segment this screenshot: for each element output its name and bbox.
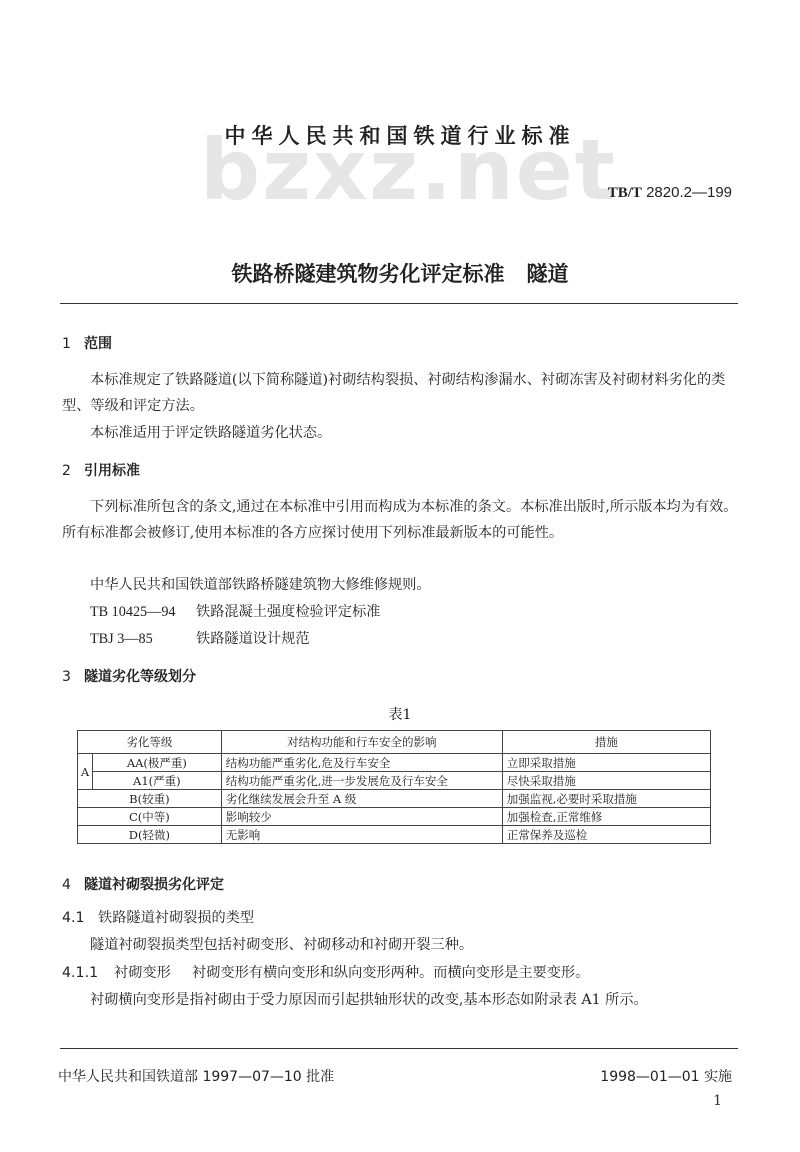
section-2-paragraph-1: 下列标准所包含的条文,通过在本标准中引用而构成为本标准的条文。本标准出版时,所示… xyxy=(62,494,738,546)
measure-cell: 立即采取措施 xyxy=(502,754,710,772)
title-sub: 隧道 xyxy=(527,262,569,286)
table-row: A1(严重) 结构功能严重劣化,进一步发展危及行车安全 尽快采取措施 xyxy=(78,772,711,790)
grade-cell: AA(极严重) xyxy=(93,754,222,772)
measure-cell: 加强检查,正常维修 xyxy=(502,808,710,826)
degradation-grade-table: 劣化等级 对结构功能和行车安全的影响 措施 A AA(极严重) 结构功能严重劣化… xyxy=(77,730,711,844)
group-label-a: A xyxy=(78,754,93,790)
standard-code: TB/T 2820.2—199 xyxy=(608,184,732,202)
table-row: C(中等) 影响较少 加强检查,正常维修 xyxy=(78,808,711,826)
table-header-row: 劣化等级 对结构功能和行车安全的影响 措施 xyxy=(78,731,711,754)
table-row: D(轻微) 无影响 正常保养及巡检 xyxy=(78,826,711,844)
section-1-paragraph-2: 本标准适用于评定铁路隧道劣化状态。 xyxy=(62,420,738,446)
grade-cell: A1(严重) xyxy=(93,772,222,790)
grade-cell: D(轻微) xyxy=(78,826,222,844)
title-main: 铁路桥隧建筑物劣化评定标准 xyxy=(232,262,505,286)
document-title: 铁路桥隧建筑物劣化评定标准隧道 xyxy=(0,258,800,288)
subsection-4-1-heading: 4.1铁路隧道衬砌裂损的类型 xyxy=(62,905,738,931)
section-3-heading: 3隧道劣化等级划分 xyxy=(62,666,196,686)
table-row: B(较重) 劣化继续发展会升至 A 级 加强监视,必要时采取措施 xyxy=(78,790,711,808)
grade-cell: B(较重) xyxy=(78,790,222,808)
section-1-paragraph-1: 本标准规定了铁路隧道(以下简称隧道)衬砌结构裂损、衬砌结构渗漏水、衬砌冻害及衬砌… xyxy=(62,367,738,419)
impact-cell: 无影响 xyxy=(221,826,502,844)
standard-code-prefix: TB/T xyxy=(608,185,642,201)
standard-code-number: 2820.2—199 xyxy=(646,184,732,201)
impact-cell: 影响较少 xyxy=(221,808,502,826)
section-2-paragraph-2: 中华人民共和国铁道部铁路桥隧建筑物大修维修规则。 xyxy=(62,572,738,598)
reference-2: TBJ 3—85铁路隧道设计规范 xyxy=(90,628,310,648)
table-caption: 表1 xyxy=(0,704,800,724)
approval-date: 中华人民共和国铁道部 1997—07—10 批准 xyxy=(58,1066,334,1086)
measure-cell: 正常保养及巡检 xyxy=(502,826,710,844)
reference-1: TB 10425—94铁路混凝土强度检验评定标准 xyxy=(90,601,380,621)
measure-cell: 尽快采取措施 xyxy=(502,772,710,790)
table-row: A AA(极严重) 结构功能严重劣化,危及行车安全 立即采取措施 xyxy=(78,754,711,772)
section-1-heading: 1范围 xyxy=(62,333,112,353)
subsection-4-1-1-paragraph: 衬砌横向变形是指衬砌由于受力原因而引起拱轴形状的改变,基本形态如附录表 A1 所… xyxy=(62,987,738,1013)
section-2-heading: 2引用标准 xyxy=(62,460,140,480)
header-grade: 劣化等级 xyxy=(78,731,222,754)
title-divider xyxy=(60,303,738,304)
section-4-heading: 4隧道衬砌裂损劣化评定 xyxy=(62,874,224,894)
footer-divider xyxy=(60,1048,738,1049)
impact-cell: 结构功能严重劣化,危及行车安全 xyxy=(221,754,502,772)
impact-cell: 劣化继续发展会升至 A 级 xyxy=(221,790,502,808)
impact-cell: 结构功能严重劣化,进一步发展危及行车安全 xyxy=(221,772,502,790)
measure-cell: 加强监视,必要时采取措施 xyxy=(502,790,710,808)
page-number: 1 xyxy=(713,1093,722,1109)
header-impact: 对结构功能和行车安全的影响 xyxy=(221,731,502,754)
subsection-4-1-1-lead: 4.1.1衬砌变形衬砌变形有横向变形和纵向变形两种。而横向变形是主要变形。 xyxy=(62,960,738,986)
subsection-4-1-paragraph: 隧道衬砌裂损类型包括衬砌变形、衬砌移动和衬砌开裂三种。 xyxy=(62,932,738,958)
grade-cell: C(中等) xyxy=(78,808,222,826)
standard-category: 中华人民共和国铁道行业标准 xyxy=(0,120,800,150)
header-measure: 措施 xyxy=(502,731,710,754)
implementation-date: 1998—01—01 实施 xyxy=(600,1066,732,1086)
